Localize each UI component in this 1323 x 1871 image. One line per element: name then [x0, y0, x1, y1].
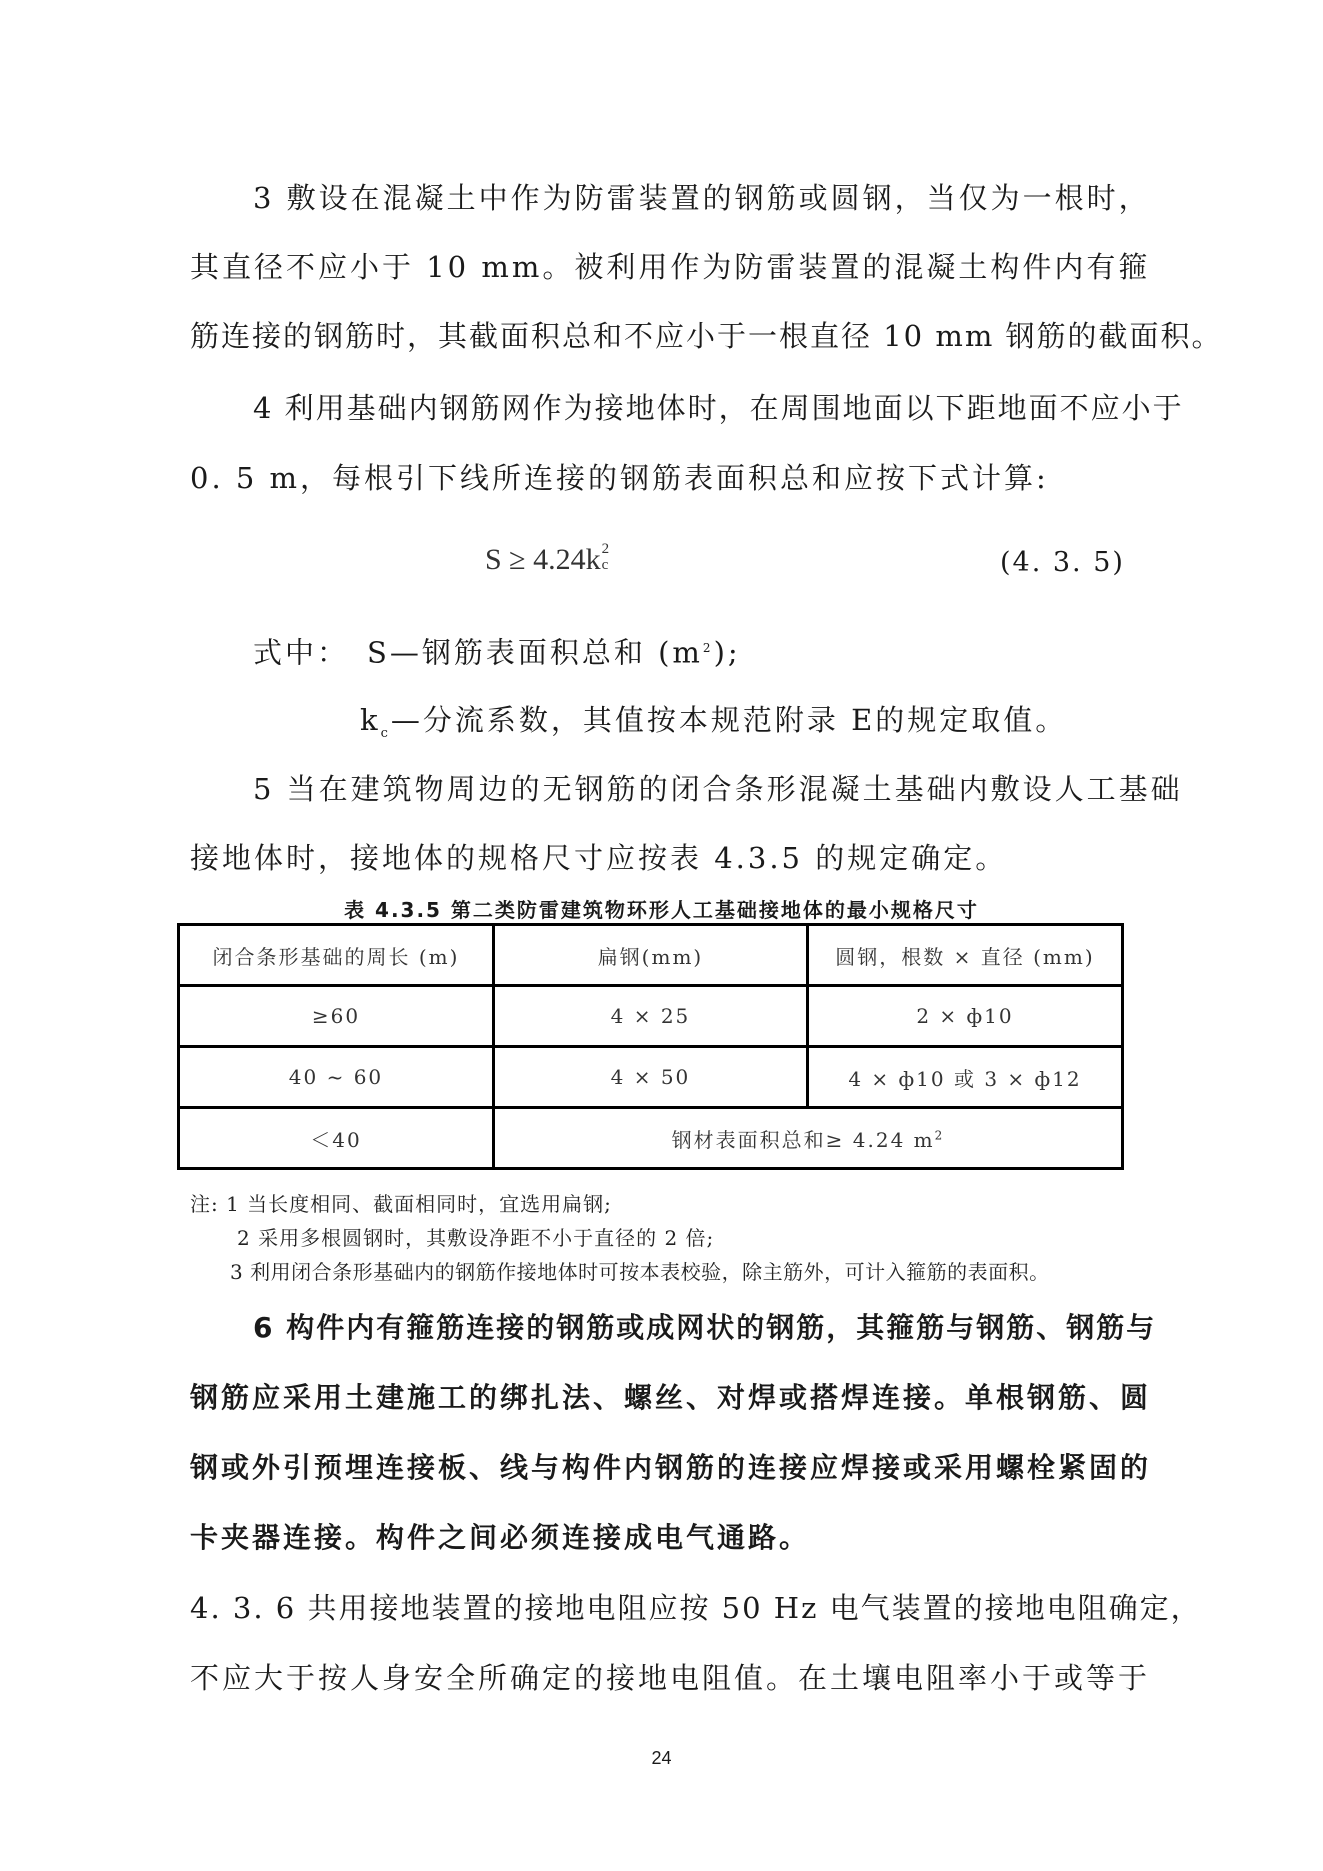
table-note-1: 注: 1 当长度相同、截面相同时，宜选用扁钢;: [190, 1188, 612, 1217]
table-note-3: 3 利用闭合条形基础内的钢筋作接地体时可按本表校验，除主筋外，可计入箍筋的表面积…: [230, 1256, 1050, 1285]
table-header-cell: 闭合条形基础的周长 (m): [179, 925, 494, 986]
item6-line-4: 卡夹器连接。构件之间必须连接成电气通路。: [190, 1520, 810, 1556]
s-def-suffix: );: [714, 636, 741, 670]
kc-symbol: k: [360, 703, 381, 737]
item5-line-2: 接地体时，接地体的规格尺寸应按表 4.3.5 的规定确定。: [190, 840, 1007, 876]
item3-line-1: 3 敷设在混凝土中作为防雷装置的钢筋或圆钢，当仅为一根时，: [253, 180, 1151, 216]
table-header-cell: 扁钢(mm): [493, 925, 807, 986]
formula-lhs: S ≥ 4.24k: [485, 543, 601, 576]
table-caption: 表 4.3.5 第二类防雷建筑物环形人工基础接地体的最小规格尺寸: [0, 894, 1323, 923]
item3-line-3: 筋连接的钢筋时，其截面积总和不应小于一根直径 10 mm 钢筋的截面积。: [190, 318, 1223, 354]
item6-line-1: 6 构件内有箍筋连接的钢筋或成网状的钢筋，其箍筋与钢筋、钢筋与: [253, 1310, 1156, 1346]
page-number: 24: [0, 1748, 1323, 1769]
item6-line-3: 钢或外引预埋连接板、线与构件内钢筋的连接应焊接或采用螺栓紧固的: [190, 1450, 1151, 1486]
table-cell: ＜40: [179, 1108, 494, 1169]
item4-line-1: 4 利用基础内钢筋网作为接地体时，在周围地面以下距地面不应小于: [253, 390, 1184, 426]
where-s-definition: 式中：S—钢筋表面积总和 (m2);: [253, 630, 741, 671]
s-def-sup: 2: [703, 641, 714, 655]
table-cell: 40 ~ 60: [179, 1047, 494, 1108]
merged-cell-sup: 2: [935, 1128, 945, 1142]
equation-number: (4. 3. 5): [1000, 547, 1125, 578]
s-def-prefix: S—钢筋表面积总和 (m: [367, 636, 703, 670]
table-header-cell: 圆钢，根数 × 直径 (mm): [807, 925, 1122, 986]
item3-line-2: 其直径不应小于 10 mm。被利用作为防雷装置的混凝土构件内有箍: [190, 249, 1150, 285]
table-header-row: 闭合条形基础的周长 (m) 扁钢(mm) 圆钢，根数 × 直径 (mm): [179, 925, 1123, 986]
spec-table: 闭合条形基础的周长 (m) 扁钢(mm) 圆钢，根数 × 直径 (mm) ≥60…: [177, 923, 1124, 1170]
item6-line-2: 钢筋应采用土建施工的绑扎法、螺丝、对焊或搭焊连接。单根钢筋、圆: [190, 1380, 1151, 1416]
clause-4-3-6-line-2: 不应大于按人身安全所确定的接地电阻值。在土壤电阻率小于或等于: [190, 1660, 1150, 1696]
table-cell: ≥60: [179, 986, 494, 1047]
table-note-2: 2 采用多根圆钢时，其敷设净距不小于直径的 2 倍;: [237, 1222, 714, 1251]
table-cell: 4 × 25: [493, 986, 807, 1047]
where-label: 式中：: [253, 636, 349, 670]
table-cell: 4 × 50: [493, 1047, 807, 1108]
merged-cell-text: 钢材表面积总和≥ 4.24 m: [672, 1128, 935, 1152]
formula-sub: c: [602, 557, 609, 574]
table-row: 40 ~ 60 4 × 50 4 × ф10 或 3 × ф12: [179, 1047, 1123, 1108]
where-kc-definition: kc—分流系数，其值按本规范附录 E的规定取值。: [360, 702, 1067, 752]
table-row: ＜40 钢材表面积总和≥ 4.24 m2: [179, 1108, 1123, 1169]
formula-exponent-stack: 2c: [601, 547, 613, 577]
item5-line-1: 5 当在建筑物周边的无钢筋的闭合条形混凝土基础内敷设人工基础: [253, 771, 1183, 807]
clause-4-3-6-line-1: 4. 3. 6 共用接地装置的接地电阻应按 50 Hz 电气装置的接地电阻确定，: [190, 1590, 1202, 1626]
table-cell: 2 × ф10: [807, 986, 1122, 1047]
table-row: ≥60 4 × 25 2 × ф10: [179, 986, 1123, 1047]
kc-sub: c: [381, 726, 391, 741]
table-cell: 4 × ф10 或 3 × ф12: [807, 1047, 1122, 1108]
table-merged-cell: 钢材表面积总和≥ 4.24 m2: [493, 1108, 1122, 1169]
formula-4-3-5: S ≥ 4.24k2c: [485, 543, 613, 577]
formula-sup: 2: [602, 541, 610, 558]
item4-line-2: 0. 5 m，每根引下线所连接的钢筋表面积总和应按下式计算:: [190, 460, 1049, 496]
kc-def: —分流系数，其值按本规范附录 E的规定取值。: [391, 703, 1067, 737]
